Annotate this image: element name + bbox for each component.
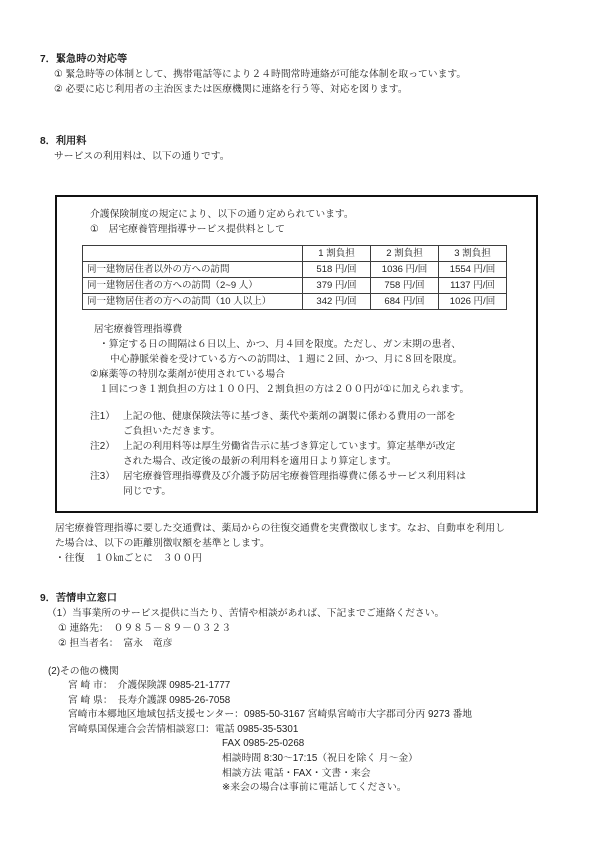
note-3-line1: 居宅療養管理指導費及び介護予防居宅療養管理指導費に係るサービス利用料は (123, 471, 466, 482)
note-2: 注2） 上記の利用料等は厚生労働省告示に基づき算定しています。算定基準が改定 さ… (57, 439, 530, 469)
section9-heading: 9．苦情申立窓口 (40, 591, 558, 606)
table-row: 同一建物居住者以外の方への訪問 518 円/回 1036 円/回 1554 円/… (83, 262, 507, 278)
note-3-label: 注3） (90, 469, 116, 499)
fee-guidance-block: 居宅療養管理指導費 ・算定する日の間隔は６日以上、かつ、月４回を限度。ただし、ガ… (57, 322, 530, 397)
fee-cell: 1554 円/回 (439, 262, 507, 278)
insurance-fee-box: 介護保険制度の規定により、以下の通り定められています。 ① 居宅療養管理指導サー… (55, 195, 538, 513)
section8-heading: 8．利用料 (40, 134, 558, 149)
section8-intro: サービスの利用料は、以下の通りです。 (54, 149, 558, 164)
agency-line-support-center: 宮崎市本郷地区地域包括支援センター：0985-50-3167 宮崎県宮崎市大字郡… (68, 708, 558, 723)
fee-cell: 1036 円/回 (371, 262, 439, 278)
fee-cell: 518 円/回 (303, 262, 371, 278)
note-2-line2: された場合、改定後の最新の利用料を適用日より算定します。 (123, 454, 455, 469)
note-1-line1: 上記の他、健康保険法等に基づき、薬代や薬剤の調製に係わる費用の一部を (123, 411, 456, 422)
contact-phone-line: ① 連絡先： ０９８５－８９－０３２３ (58, 621, 558, 636)
fee-table-corner-cell (83, 246, 303, 262)
fee-table-header-20pct: 2 割負担 (371, 246, 439, 262)
fee-table-header-30pct: 3 割負担 (439, 246, 507, 262)
fee-table: 1 割負担 2 割負担 3 割負担 同一建物居住者以外の方への訪問 518 円/… (82, 245, 507, 310)
document-page: 7．緊急時の対応等 ① 緊急時等の体制として、携帯電話等により２４時間常時連絡が… (0, 0, 596, 842)
fee-guidance-line1: ・算定する日の間隔は６日以上、かつ、月４回を限度。ただし、ガン末期の患者、 (57, 337, 530, 352)
transport-cost-paragraph: 居宅療養管理指導に要した交通費は、薬局からの往復交通費を実費徴収します。なお、自… (55, 521, 558, 566)
note-2-label: 注2） (90, 439, 116, 469)
fee-guidance-line4: １回につき１割負担の方は１００円、２割負担の方は２００円が①に加えられます。 (57, 382, 530, 397)
note-1: 注1） 上記の他、健康保険法等に基づき、薬代や薬剤の調製に係わる費用の一部を ご… (57, 409, 530, 439)
fee-table-header-row: 1 割負担 2 割負担 3 割負担 (83, 246, 507, 262)
fee-guidance-line3: ②麻薬等の特別な薬剤が使用されている場合 (57, 367, 530, 382)
fee-cell: 684 円/回 (371, 294, 439, 310)
note-3-line2: 同じです。 (123, 484, 466, 499)
section7-item-2: ② 必要に応じ利用者の主治医または医療機関に連絡を行う等、対応を図ります。 (54, 82, 558, 97)
fee-table-header-10pct: 1 割負担 (303, 246, 371, 262)
fee-guidance-title: 居宅療養管理指導費 (57, 322, 530, 337)
fee-row-label: 同一建物居住者以外の方への訪問 (83, 262, 303, 278)
table-row: 同一建物居住者の方への訪問（2~9 人） 379 円/回 758 円/回 113… (83, 278, 507, 294)
section7-heading: 7．緊急時の対応等 (40, 52, 558, 67)
agency-line-miyazaki-pref: 宮 崎 県： 長寿介護課 0985-26-7058 (68, 694, 558, 709)
page-content: 7．緊急時の対応等 ① 緊急時等の体制として、携帯電話等により２４時間常時連絡が… (0, 0, 596, 796)
fee-cell: 758 円/回 (371, 278, 439, 294)
kokuho-method-line: 相談方法 電話・FAX・文書・来会 (222, 767, 558, 782)
fee-guidance-line2: 中心静脈栄養を受けている方への訪問は、１週に２回、かつ、月に８回を限度。 (57, 352, 530, 367)
fee-cell: 1137 円/回 (439, 278, 507, 294)
section7-item-1: ① 緊急時等の体制として、携帯電話等により２４時間常時連絡が可能な体制を取ってい… (54, 67, 558, 82)
fee-cell: 1026 円/回 (439, 294, 507, 310)
note-1-body: 上記の他、健康保険法等に基づき、薬代や薬剤の調製に係わる費用の一部を ご負担いた… (123, 409, 456, 439)
fee-row-label: 同一建物居住者の方への訪問（10 人以上） (83, 294, 303, 310)
fee-cell: 379 円/回 (303, 278, 371, 294)
table-row: 同一建物居住者の方への訪問（10 人以上） 342 円/回 684 円/回 10… (83, 294, 507, 310)
note-2-line1: 上記の利用料等は厚生労働省告示に基づき算定しています。算定基準が改定 (123, 441, 455, 452)
note-3-body: 居宅療養管理指導費及び介護予防居宅療養管理指導費に係るサービス利用料は 同じです… (123, 469, 466, 499)
contact-name-line: ② 担当者名： 富永 竜彦 (58, 636, 558, 651)
kokuho-fax-line: FAX 0985-25-0268 (222, 737, 558, 752)
transport-fare: ・往復 １０㎞ごとに ３００円 (55, 551, 558, 566)
note-3: 注3） 居宅療養管理指導費及び介護予防居宅療養管理指導費に係るサービス利用料は … (57, 469, 530, 499)
agency-line-kokuho: 宮崎県国保連合会苦情相談窓口：電話 0985-35-5301 (68, 723, 558, 738)
section9-sub2: (2)その他の機関 (48, 664, 558, 679)
fee-box-intro-line2: ① 居宅療養管理指導サービス提供料として (57, 222, 530, 237)
kokuho-visit-note-line: ※来会の場合は事前に電話してください。 (222, 781, 558, 796)
fee-box-intro-line1: 介護保険制度の規定により、以下の通り定められています。 (57, 207, 530, 222)
note-1-label: 注1） (90, 409, 116, 439)
fee-notes: 注1） 上記の他、健康保険法等に基づき、薬代や薬剤の調製に係わる費用の一部を ご… (57, 409, 530, 499)
transport-line1: 居宅療養管理指導に要した交通費は、薬局からの往復交通費を実費徴収します。なお、自… (55, 521, 558, 536)
transport-line2: た場合は、以下の距離別徴収額を基準とします。 (55, 536, 558, 551)
agency-line-miyazaki-city: 宮 崎 市： 介護保険課 0985-21-1777 (68, 679, 558, 694)
fee-cell: 342 円/回 (303, 294, 371, 310)
note-1-line2: ご負担いただきます。 (123, 424, 456, 439)
section-usage-fees: 8．利用料 サービスの利用料は、以下の通りです。 介護保険制度の規定により、以下… (40, 134, 558, 566)
section-emergency-response: 7．緊急時の対応等 ① 緊急時等の体制として、携帯電話等により２４時間常時連絡が… (40, 52, 558, 97)
note-2-body: 上記の利用料等は厚生労働省告示に基づき算定しています。算定基準が改定 された場合… (123, 439, 455, 469)
fee-row-label: 同一建物居住者の方への訪問（2~9 人） (83, 278, 303, 294)
section-complaints: 9．苦情申立窓口 （1）当事業所のサービス提供に当たり、苦情や相談があれば、下記… (40, 591, 558, 796)
section9-sub1: （1）当事業所のサービス提供に当たり、苦情や相談があれば、下記までご連絡ください… (47, 606, 558, 621)
kokuho-hours-line: 相談時間 8:30～17:15（祝日を除く 月～金） (222, 752, 558, 767)
